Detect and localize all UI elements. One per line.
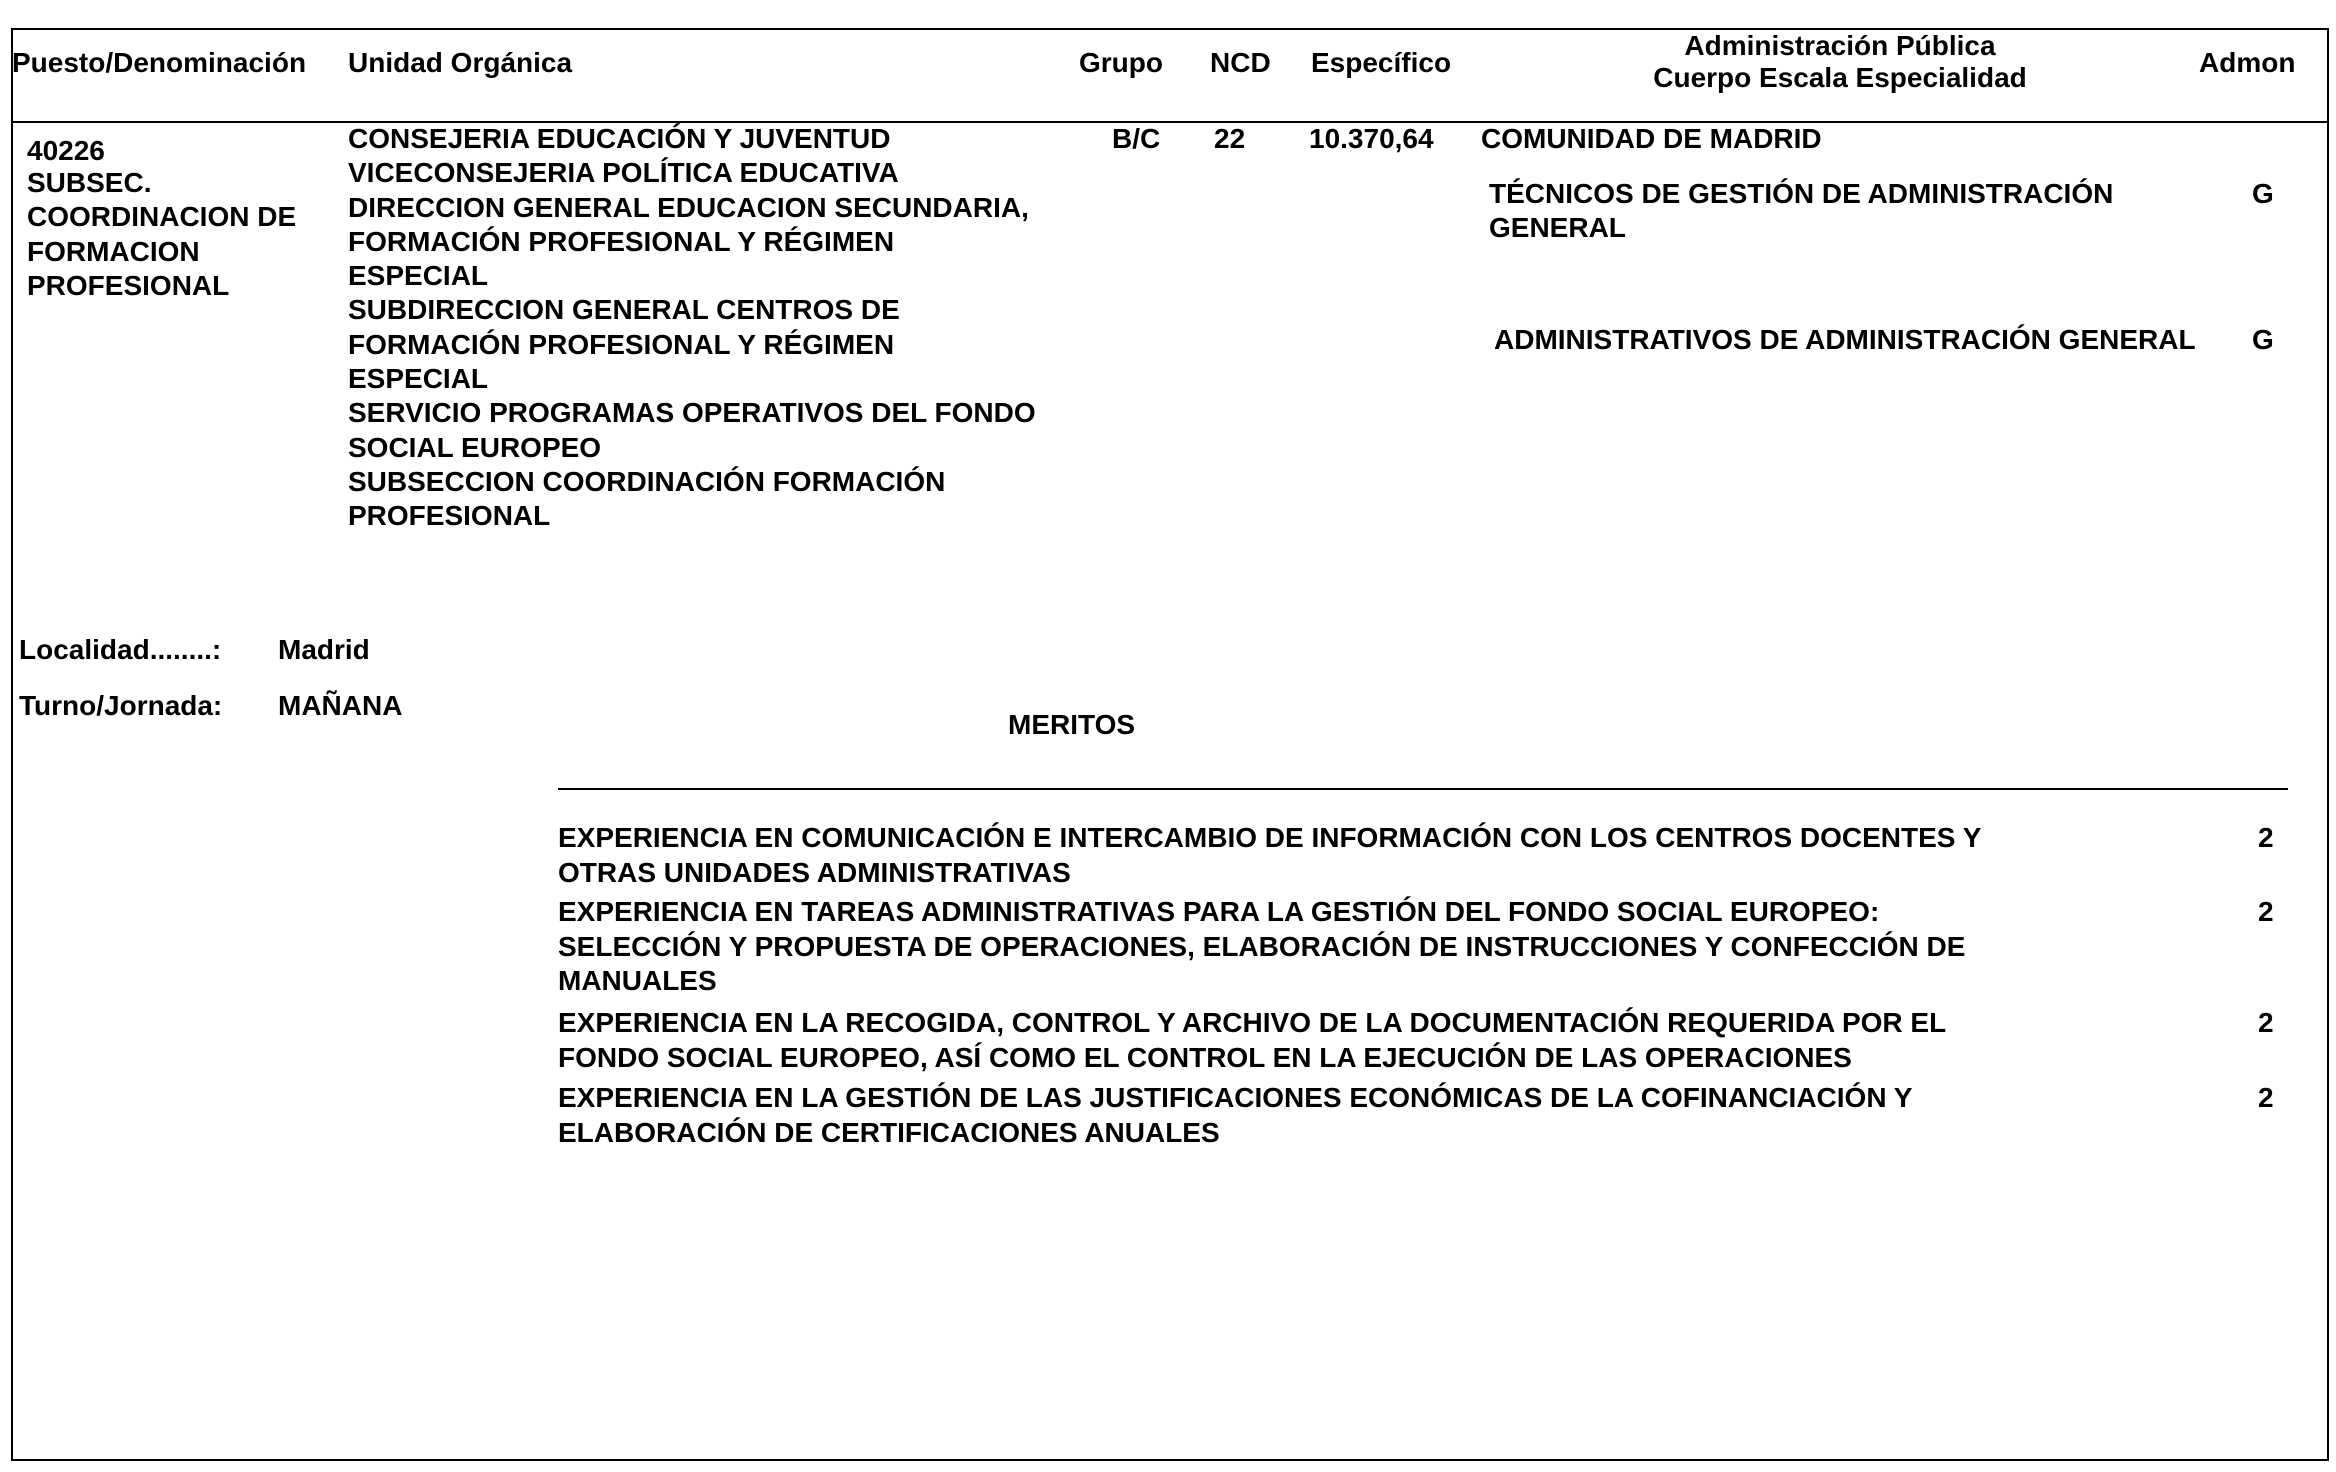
merit-item: EXPERIENCIA EN LA RECOGIDA, CONTROL Y AR… — [558, 1006, 2058, 1075]
meritos-title: MERITOS — [1008, 708, 1135, 742]
unidad-line: SUBSECCION COORDINACIÓN FORMACIÓN — [348, 465, 1036, 499]
header-admon: Admon — [2199, 47, 2295, 79]
unidad-line: PROFESIONAL — [348, 499, 1036, 533]
turno-value: MAÑANA — [278, 689, 402, 723]
administracion-value: COMUNIDAD DE MADRID — [1481, 122, 1822, 156]
puesto-cell: 40226 SUBSEC. COORDINACION DE FORMACION … — [27, 136, 296, 303]
merit-line: FONDO SOCIAL EUROPEO, ASÍ COMO EL CONTRO… — [558, 1041, 2058, 1076]
unidad-line: CONSEJERIA EDUCACIÓN Y JUVENTUD — [348, 122, 1036, 156]
localidad-label: Localidad........: — [19, 633, 221, 667]
merit-line: EXPERIENCIA EN COMUNICACIÓN E INTERCAMBI… — [558, 821, 2058, 856]
header-admin-publica-line1: Administración Pública — [1560, 30, 2120, 62]
header-especifico: Específico — [1311, 47, 1451, 79]
cuerpo-line: GENERAL — [1489, 211, 2113, 245]
grupo-value: B/C — [1112, 122, 1160, 156]
puesto-line: SUBSEC. — [27, 166, 296, 200]
unidad-line: FORMACIÓN PROFESIONAL Y RÉGIMEN — [348, 328, 1036, 362]
cuerpo-1-admon: G — [2252, 177, 2274, 211]
header-unidad: Unidad Orgánica — [348, 47, 572, 79]
puesto-line: COORDINACION DE — [27, 200, 296, 234]
header-admin-publica-line2: Cuerpo Escala Especialidad — [1560, 62, 2120, 94]
header-ncd: NCD — [1210, 47, 1271, 79]
merit-line: EXPERIENCIA EN TAREAS ADMINISTRATIVAS PA… — [558, 895, 2058, 930]
header-grupo: Grupo — [1079, 47, 1163, 79]
puesto-code: 40226 — [27, 136, 296, 166]
cuerpo-entry-1: TÉCNICOS DE GESTIÓN DE ADMINISTRACIÓN GE… — [1489, 177, 2113, 246]
puesto-line: FORMACION — [27, 235, 296, 269]
merit-item: EXPERIENCIA EN COMUNICACIÓN E INTERCAMBI… — [558, 821, 2058, 890]
localidad-value: Madrid — [278, 633, 370, 667]
merit-line: MANUALES — [558, 964, 2058, 999]
merit-line: EXPERIENCIA EN LA GESTIÓN DE LAS JUSTIFI… — [558, 1081, 2058, 1116]
unidad-line: SOCIAL EUROPEO — [348, 431, 1036, 465]
cuerpo-2-admon: G — [2252, 323, 2274, 357]
merit-item: EXPERIENCIA EN TAREAS ADMINISTRATIVAS PA… — [558, 895, 2058, 999]
merit-score: 2 — [2258, 1006, 2274, 1041]
unidad-line: FORMACIÓN PROFESIONAL Y RÉGIMEN — [348, 225, 1036, 259]
unidad-line: VICECONSEJERIA POLÍTICA EDUCATIVA — [348, 156, 1036, 190]
turno-label: Turno/Jornada: — [19, 689, 222, 723]
merit-score: 2 — [2258, 821, 2274, 856]
unidad-line: SERVICIO PROGRAMAS OPERATIVOS DEL FONDO — [348, 396, 1036, 430]
unidad-organica-cell: CONSEJERIA EDUCACIÓN Y JUVENTUD VICECONS… — [348, 122, 1036, 534]
header-puesto: Puesto/Denominación — [12, 47, 306, 79]
ncd-value: 22 — [1214, 122, 1245, 156]
puesto-line: PROFESIONAL — [27, 269, 296, 303]
cuerpo-entry-2: ADMINISTRATIVOS DE ADMINISTRACIÓN GENERA… — [1494, 323, 2196, 357]
unidad-line: ESPECIAL — [348, 259, 1036, 293]
merit-line: SELECCIÓN Y PROPUESTA DE OPERACIONES, EL… — [558, 930, 2058, 965]
especifico-value: 10.370,64 — [1309, 122, 1434, 156]
merit-line: OTRAS UNIDADES ADMINISTRATIVAS — [558, 856, 2058, 891]
merit-score: 2 — [2258, 895, 2274, 930]
cuerpo-line: TÉCNICOS DE GESTIÓN DE ADMINISTRACIÓN — [1489, 177, 2113, 211]
merit-item: EXPERIENCIA EN LA GESTIÓN DE LAS JUSTIFI… — [558, 1081, 2058, 1150]
unidad-line: ESPECIAL — [348, 362, 1036, 396]
cuerpo-line: ADMINISTRATIVOS DE ADMINISTRACIÓN GENERA… — [1494, 323, 2196, 357]
meritos-divider — [558, 788, 2288, 790]
unidad-line: SUBDIRECCION GENERAL CENTROS DE — [348, 293, 1036, 327]
merit-score: 2 — [2258, 1081, 2274, 1116]
merit-line: EXPERIENCIA EN LA RECOGIDA, CONTROL Y AR… — [558, 1006, 2058, 1041]
unidad-line: DIRECCION GENERAL EDUCACION SECUNDARIA, — [348, 191, 1036, 225]
header-admin-publica: Administración Pública Cuerpo Escala Esp… — [1560, 30, 2120, 94]
merit-line: ELABORACIÓN DE CERTIFICACIONES ANUALES — [558, 1116, 2058, 1151]
